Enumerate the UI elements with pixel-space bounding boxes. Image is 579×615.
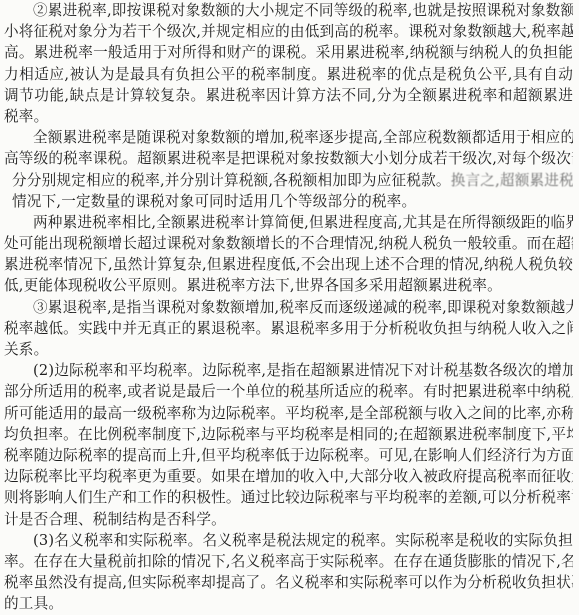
text-line: 调节功能,缺点是计算较复杂。累进税率因计算方法不同,分为全额累进税率和超额累进	[4, 85, 573, 106]
text-line: 低,更能体现税收公平原则。累进税率方法下,世界各国多采用超额累进税率。	[4, 275, 573, 296]
text-fragment: 分分别规定相应的税率,并分别计算税额,各税额相加即为应征税款。	[12, 172, 451, 189]
text-line: ③累退税率,是指当课税对象数额增加,税率反而逐级递减的税率,即课税对象数额越大	[4, 297, 573, 318]
faded-text-fragment: 换言之,超额累进税率	[451, 172, 573, 189]
paragraph-comparison: 两种累进税率相比,全额累进税率计算简便,但累进程度高,尤其是在所得额级距的临界 …	[4, 212, 573, 297]
text-line: 情况下,一定数量的课税对象可同时适用几个等级部分的税率。	[4, 191, 573, 212]
text-line: 累进税率情况下,虽然计算复杂,但累进程度低,不会出现上述不合理的情况,纳税人税负…	[4, 254, 573, 275]
text-line: 小将征税对象分为若干个级次,并规定相应的由低到高的税率。课税对象数额越大,税率越	[4, 21, 573, 42]
text-line: 税率越低。实践中并无真正的累退税率。累退税率多用于分析税收负担与纳税人收入之间的	[4, 318, 573, 339]
text-line: 率。在存在大量税前扣除的情况下,名义税率高于实际税率。在存在通货膨胀的情况下,名…	[4, 551, 573, 572]
text-line: 部分所适用的税率,或者说是最后一个单位的税基所适应的税率。有时把累进税率中纳税人	[4, 381, 573, 402]
text-line: 税率随边际税率的提高而上升,但平均税率低于边际税率。可见,在影响人们经济行为方面…	[4, 445, 573, 466]
text-line: 所可能适用的最高一级税率称为边际税率。平均税率,是全部税额与收入之间的比率,亦称…	[4, 403, 573, 424]
text-line: 两种累进税率相比,全额累进税率计算简便,但累进程度高,尤其是在所得额级距的临界	[4, 212, 573, 233]
text-line: 全额累进税率是随课税对象数额的增加,税率逐步提高,全部应税数额都适用于相应的最	[4, 127, 573, 148]
text-line: 的工具。	[4, 593, 573, 614]
text-line: 税率虽然没有提高,但实际税率却提高了。名义税率和实际税率可以作为分析税收负担状况	[4, 572, 573, 593]
text-line: 税率。	[4, 106, 573, 127]
paragraph-marginal-average: (2)边际税率和平均税率。边际税率,是指在超额累进情况下对计税基数各级次的增加 …	[4, 360, 573, 530]
paragraph-progressive-rate: ②累进税率,即按课税对象数额的大小规定不同等级的税率,也就是按照课税对象数额大 …	[4, 0, 573, 127]
text-line: 均负担率。在比例税率制度下,边际税率与平均税率是相同的;在超额累进税率制度下,平…	[4, 424, 573, 445]
text-line: 力相适应,被认为是最具有负担公平的税率制度。累进税率的优点是税负公平,具有自动	[4, 64, 573, 85]
text-line: 边际税率比平均税率更为重要。如果在增加的收入中,大部分收入被政府提高税率而征收走…	[4, 466, 573, 487]
text-line: 则将影响人们生产和工作的积极性。通过比较边际税率与平均税率的差额,可以分析税率设	[4, 487, 573, 508]
text-line: 高。累进税率一般适用于对所得和财产的课税。采用累进税率,纳税额与纳税人的负担能	[4, 42, 573, 63]
text-line: 关系。	[4, 339, 573, 360]
text-line: (2)边际税率和平均税率。边际税率,是指在超额累进情况下对计税基数各级次的增加	[4, 360, 573, 381]
document-page: ②累进税率,即按课税对象数额的大小规定不同等级的税率,也就是按照课税对象数额大 …	[0, 0, 579, 615]
paragraph-nominal-actual: (3)名义税率和实际税率。名义税率是税法规定的税率。实际税率是税收的实际负担 率…	[4, 530, 573, 615]
text-line: 处可能出现税额增长超过课税对象数额增长的不合理情况,纳税人税负一般较重。而在超额	[4, 233, 573, 254]
text-line: 高等级的税率课税。超额累进税率是把课税对象按数额大小划分成若干级次,对每个级次部	[4, 148, 573, 169]
text-line: ②累进税率,即按课税对象数额的大小规定不同等级的税率,也就是按照课税对象数额大	[4, 0, 573, 21]
text-line: (3)名义税率和实际税率。名义税率是税法规定的税率。实际税率是税收的实际负担	[4, 530, 573, 551]
paragraph-regressive-rate: ③累退税率,是指当课税对象数额增加,税率反而逐级递减的税率,即课税对象数额越大 …	[4, 297, 573, 361]
paragraph-full-vs-excess: 全额累进税率是随课税对象数额的增加,税率逐步提高,全部应税数额都适用于相应的最 …	[4, 127, 573, 212]
text-line: 计是否合理、税制结构是否科学。	[4, 509, 573, 530]
text-line: 分分别规定相应的税率,并分别计算税额,各税额相加即为应征税款。换言之,超额累进税…	[4, 170, 573, 191]
